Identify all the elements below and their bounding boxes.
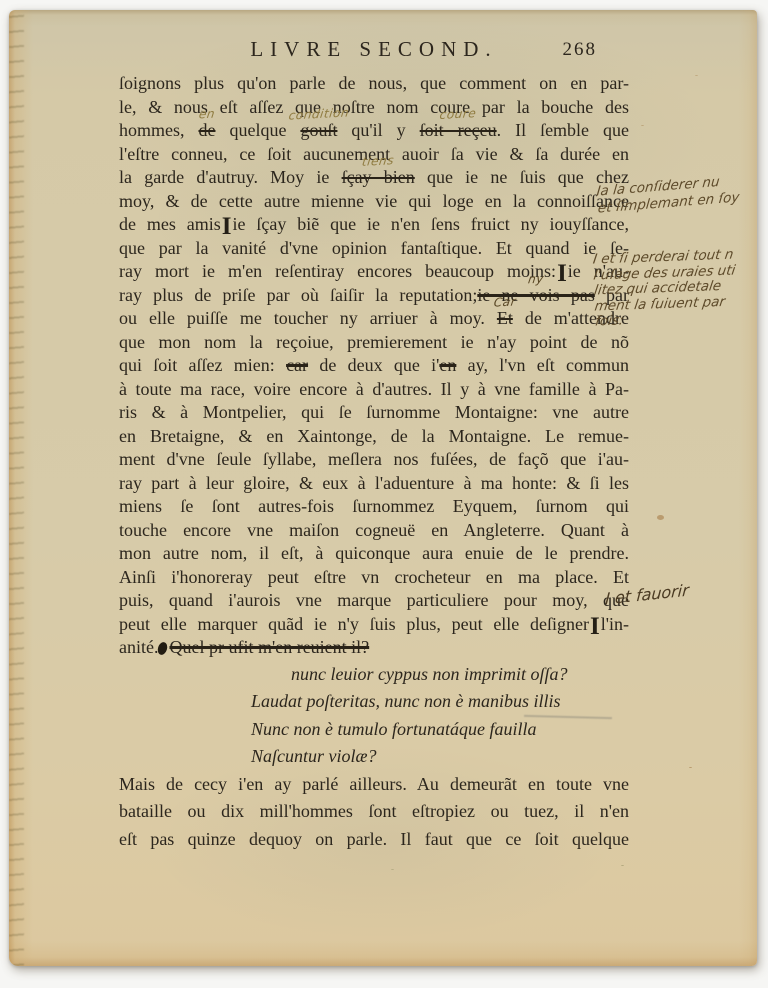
verse-line: Naſcuntur violæ? (119, 743, 629, 771)
handwritten-correction: ny (527, 272, 544, 285)
text-line: Ainſi i'honoreray peut eſtre vn crochete… (119, 566, 629, 590)
struck-text: en (439, 355, 456, 375)
text-line: bataille ou dix mill'hommes ſont eſtropi… (119, 798, 629, 826)
printed-text: en Bretaigne, & en Xaintonge, de la Mont… (119, 426, 629, 446)
closing-text: Mais de cecy i'en ay parlé ailleurs. Au … (119, 771, 629, 854)
text-column: ſoignons plus qu'on parle de nous, que c… (119, 72, 629, 853)
printed-text: à toute ma race, voire encore à d'autres… (119, 379, 629, 399)
book-page-scan: LIVRE SECOND. 268 ſoignons plus qu'on pa… (0, 0, 768, 988)
printed-text: la garde d'autruy. Moy ie (119, 167, 342, 187)
printed-text: qui ſoit aſſez mien: (119, 355, 286, 375)
printed-text: bataille ou dix mill'hommes ſont eſtropi… (119, 801, 629, 821)
printed-text: de deux que i' (308, 355, 439, 375)
text-line: ment d'vne ſeule ſyllabe, meſlera nos fu… (119, 448, 629, 472)
printed-text: moy, & de cette autre mienne vie qui log… (119, 191, 629, 211)
text-line: touche encore vne maiſon cogneuë en Angl… (119, 519, 629, 543)
handwritten-correction: condition (288, 106, 350, 121)
printed-text: ie ſçay biẽ que ie n'en ſens fruict ny i… (232, 214, 629, 234)
verse-line: Nunc non è tumulo fortunatáque fauilla (119, 716, 629, 744)
struck-text: ſoit reçeu (420, 120, 497, 140)
handwritten-correction: coure (439, 107, 477, 121)
printed-text: ray plus de priſe par où ſaiſir la reput… (119, 285, 477, 305)
printed-text: Ainſi i'honoreray peut eſtre vn crochete… (119, 567, 629, 587)
text-line: mon autre nom, il eſt, à quiconque aura … (119, 542, 629, 566)
verse-line: Laudat poſteritas, nunc non è manibus il… (119, 688, 629, 716)
printed-text: . Il ſemble que (497, 120, 629, 140)
printed-text: ray mort ie m'en reſentiray encores beau… (119, 261, 556, 281)
text-line: ray plus de priſe par où ſaiſir la reput… (119, 284, 629, 308)
text-line: miens ſe ſont autres-fois ſurnommez Eyqu… (119, 495, 629, 519)
text-line: de mes amisIie ſçay biẽ que ie n'en ſens… (119, 213, 629, 237)
text-line: moy, & de cette autre mienne vie qui log… (119, 190, 629, 214)
printed-text: mon autre nom, il eſt, à quiconque aura … (119, 543, 629, 563)
printed-text: ay, l'vn eſt commun (456, 355, 629, 375)
printed-text: touche encore vne maiſon cogneuë en Angl… (119, 520, 629, 540)
corrected-passage: conditiongouſt (300, 120, 337, 140)
text-line: qui ſoit aſſez mien: car de deux que i'e… (119, 354, 629, 378)
paper-stains (657, 515, 664, 520)
struck-text: de (198, 120, 215, 140)
handwritten-correction: Car (493, 295, 517, 308)
printed-text: ou elle puiſſe me toucher ny arriuer à m… (119, 308, 497, 328)
text-line: le, & nous eſt aſſez que noſtre nom cour… (119, 96, 629, 120)
printed-text: hommes, (119, 120, 198, 140)
printed-text: eſt pas quinze dequoy on parle. Il faut … (119, 829, 629, 849)
printed-text: le, & nous eſt aſſez que noſtre nom cour… (119, 97, 629, 117)
printed-text: anité. (119, 637, 158, 657)
text-line: hommes, ende quelque conditiongouſt qu'i… (119, 119, 629, 143)
text-line: ray mort ie m'en reſentiray encores beau… (119, 260, 629, 284)
margin-note-line: fois: (594, 309, 738, 330)
corrected-passage: tiensſçay bien (342, 167, 415, 187)
printed-text: quelque (215, 120, 300, 140)
running-header: LIVRE SECOND. 268 (119, 37, 629, 63)
printed-text: ray part à leur gloire, & eux à l'aduent… (119, 473, 629, 493)
text-line: anité.Quel pr ufit m'en reuient il? (119, 636, 629, 660)
struck-text: ſçay bien (342, 167, 415, 187)
page-number: 268 (563, 39, 598, 61)
corrected-passage: CarEt (497, 308, 513, 328)
text-line: que mon nom la reçoiue, premierement ie … (119, 331, 629, 355)
text-line: ou elle puiſſe me toucher ny arriuer à m… (119, 307, 629, 331)
struck-text: car (286, 355, 308, 375)
text-line: ris & à Montpelier, qui ſe ſurnomme Mont… (119, 401, 629, 425)
text-line: puis, quand i'aurois vne marque particul… (119, 589, 629, 613)
printed-text: de mes amis (119, 214, 221, 234)
corrected-passage: ende (198, 120, 215, 140)
text-line: à toute ma race, voire encore à d'autres… (119, 378, 629, 402)
deckle-edge (9, 10, 24, 966)
printed-text: l'in- (601, 614, 629, 634)
handwritten-correction: en (198, 108, 216, 121)
text-line: ſoignons plus qu'on parle de nous, que c… (119, 72, 629, 96)
text-line: peut elle marquer quãd ie n'y ſuis plus,… (119, 613, 629, 637)
text-line: ray part à leur gloire, & eux à l'aduent… (119, 472, 629, 496)
printed-text: ris & à Montpelier, qui ſe ſurnomme Mont… (119, 402, 629, 422)
book-title: LIVRE SECOND. (119, 37, 629, 62)
printed-text: miens ſe ſont autres-fois ſurnommez Eyqu… (119, 496, 629, 516)
printed-text: qu'il y (337, 120, 419, 140)
ink-blot-icon (157, 641, 170, 656)
struck-text: Et (497, 308, 513, 328)
printed-text: Mais de cecy i'en ay parlé ailleurs. Au … (119, 774, 629, 794)
printed-text: ment d'vne ſeule ſyllabe, meſlera nos fu… (119, 449, 629, 469)
margin-annotation: I et ſi perderai tout nl'uſage des uraie… (593, 248, 737, 330)
printed-text: ſoignons plus qu'on parle de nous, que c… (119, 73, 629, 93)
handwritten-correction: tiens (361, 154, 395, 168)
text-line: que par la vanité d'vne opinion fantaſti… (119, 237, 629, 261)
corrected-passage: coureſoit reçeu (420, 120, 497, 140)
struck-text: gouſt (300, 120, 337, 140)
body-text: ſoignons plus qu'on parle de nous, que c… (119, 72, 629, 660)
printed-text: que par la vanité d'vne opinion fantaſti… (119, 238, 629, 258)
page-sheet: LIVRE SECOND. 268 ſoignons plus qu'on pa… (9, 10, 757, 966)
text-line: en Bretaigne, & en Xaintonge, de la Mont… (119, 425, 629, 449)
text-line: la garde d'autruy. Moy ie tiensſçay bien… (119, 166, 629, 190)
struck-text: Quel pr ufit m'en reuient il? (169, 637, 369, 657)
printed-text: peut elle marquer quãd ie n'y ſuis plus,… (119, 614, 589, 634)
printed-text: que mon nom la reçoiue, premierement ie … (119, 332, 629, 352)
latin-verse: nunc leuior cyppus non imprimit oſſa?Lau… (119, 661, 629, 771)
verse-line: nunc leuior cyppus non imprimit oſſa? (119, 661, 629, 689)
text-line: Mais de cecy i'en ay parlé ailleurs. Au … (119, 771, 629, 799)
printed-text: puis, quand i'aurois vne marque particul… (119, 590, 629, 610)
text-line: eſt pas quinze dequoy on parle. Il faut … (119, 826, 629, 854)
